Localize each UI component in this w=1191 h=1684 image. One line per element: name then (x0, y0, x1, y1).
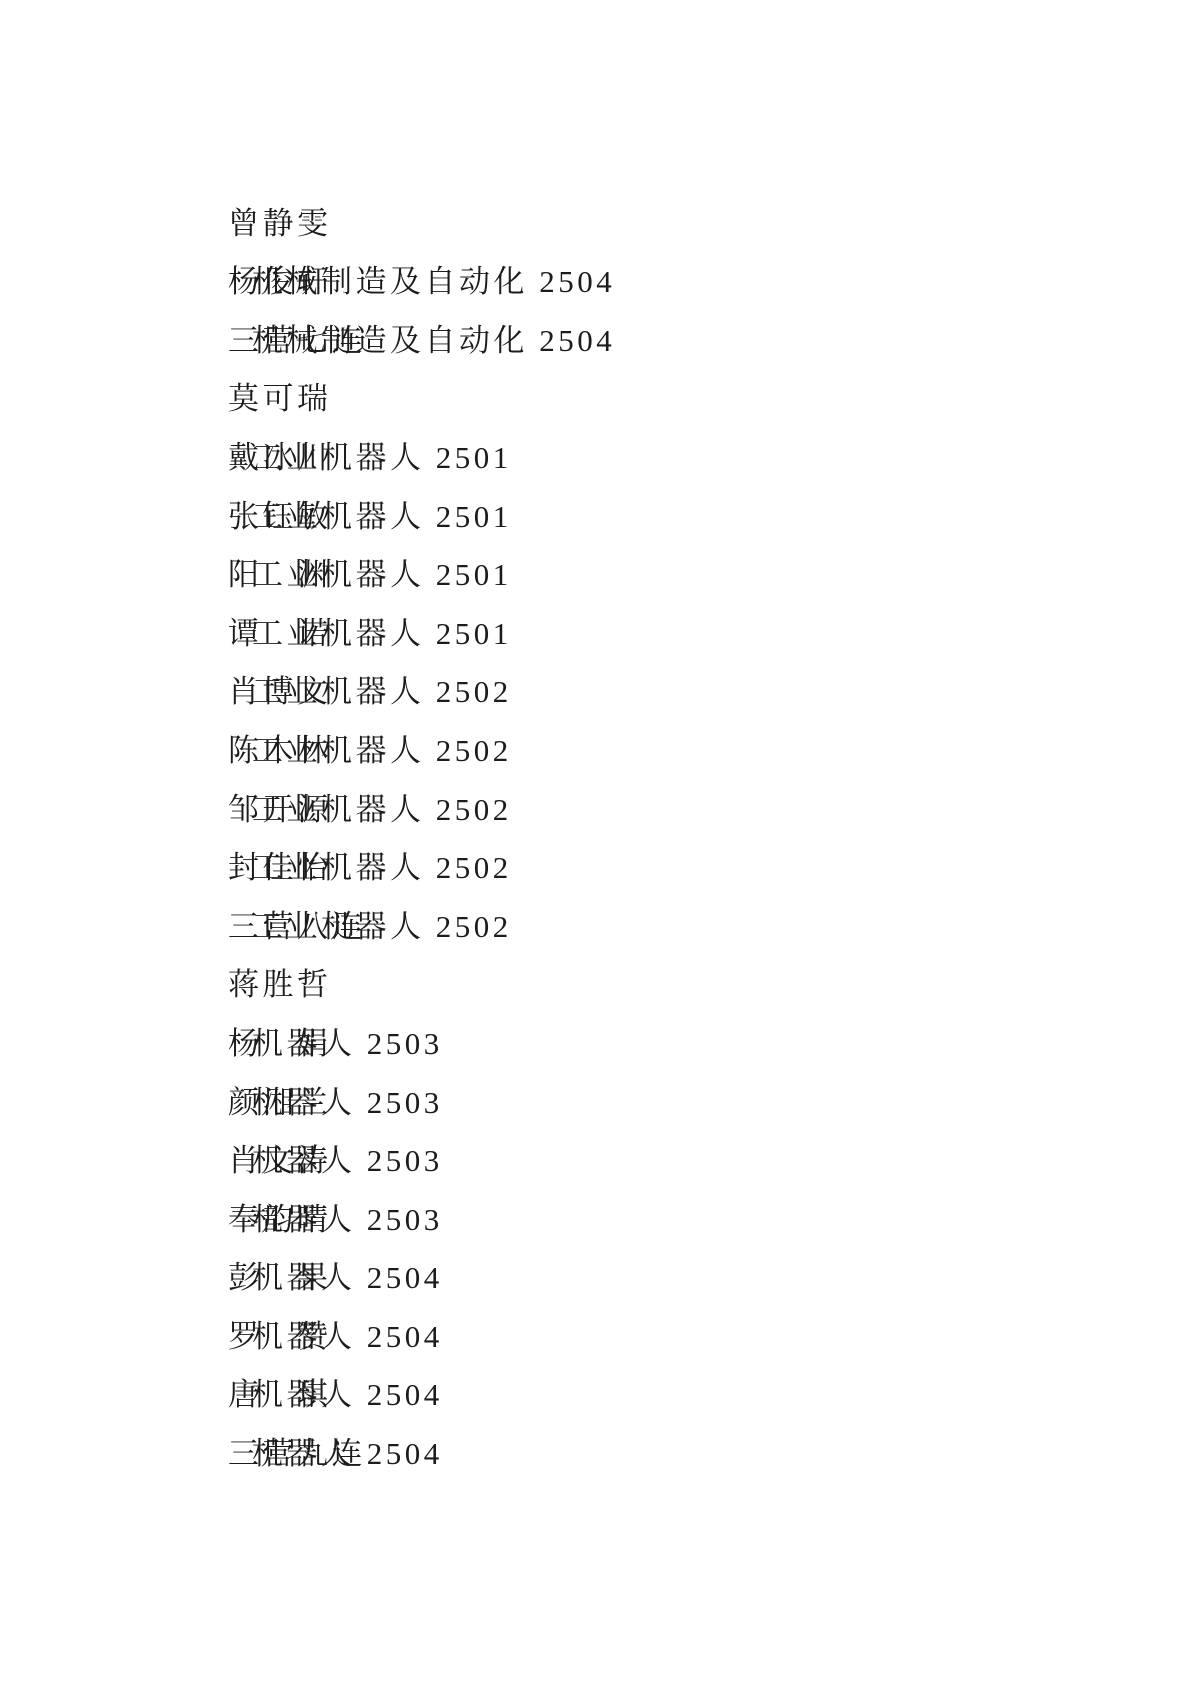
student-name: 蒋胜哲 (228, 956, 334, 1015)
student-name: 戴冰川 (228, 429, 334, 488)
student-name: 彭 果 (228, 1249, 334, 1308)
student-name: 唐 琪 (228, 1366, 334, 1425)
student-name: 邹开源 (228, 781, 334, 840)
student-name: 张钰敏 (228, 488, 334, 547)
student-name: 奉韵晴 (228, 1191, 334, 1250)
student-name: 杨俊轩 (228, 253, 334, 312)
roster-row: 曾静雯 机械制造及自动化 2504 (183, 136, 1151, 195)
student-name: 陈木林 (228, 722, 334, 781)
student-name: 肖博文 (228, 663, 334, 722)
student-name: 谭 诺 (228, 605, 334, 664)
document-page: 曾静雯 机械制造及自动化 2504 杨俊轩 机械制造及自动化 2504 三营七连… (0, 0, 1191, 1684)
student-name: 阳 渊 (228, 546, 334, 605)
section-heading-label: 三营七连 (228, 312, 366, 371)
student-name: 罗 赞 (228, 1308, 334, 1367)
student-name: 莫可瑞 (228, 370, 334, 429)
student-name: 肖文涛 (228, 1132, 334, 1191)
student-name: 封佳怡 (228, 839, 334, 898)
section-heading-label: 三营八连 (228, 898, 366, 957)
student-name: 曾静雯 (228, 195, 334, 254)
student-name: 杨 娟 (228, 1015, 334, 1074)
student-name: 颜湘兰 (228, 1074, 334, 1133)
roster-list: 曾静雯 机械制造及自动化 2504 杨俊轩 机械制造及自动化 2504 三营七连… (183, 136, 1151, 1425)
section-heading-label: 三营九连 (228, 1425, 366, 1484)
